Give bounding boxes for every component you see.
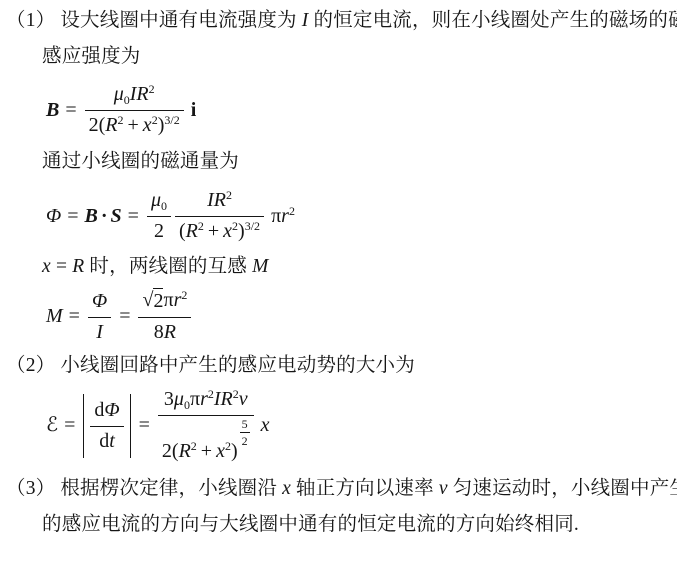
fraction-numerator: dΦ [90, 398, 123, 427]
differential-d: d [94, 399, 104, 421]
var-B: B [46, 98, 59, 123]
equals-sign: = [69, 304, 80, 329]
plus-sign: + [201, 440, 212, 462]
subscript-zero: 0 [124, 93, 130, 107]
paragraph-5-line-1: （3）根据楞次定律，小线圈沿x轴正方向以速率v匀速运动时，小线圈中产生 [6, 476, 677, 502]
pi-symbol: π [271, 205, 281, 227]
equals-sign: = [64, 413, 75, 438]
equals-sign: = [65, 98, 76, 123]
fraction-mu-over-2: μ0 2 [147, 188, 171, 244]
text-run: 设大线圈中通有电流强度为 [60, 10, 296, 31]
var-R: R [72, 256, 84, 277]
var-x: x [143, 114, 152, 136]
fraction-emf-main: 3μ0πr2IR2v 2(R2+x2)52 [158, 387, 254, 464]
plus-sign: + [208, 220, 219, 242]
var-r: r [281, 205, 289, 227]
var-r: r [200, 388, 208, 410]
superscript-two: 2 [208, 387, 214, 401]
superscript-two: 2 [181, 288, 187, 302]
text-run: 时，两线圈的互感 [89, 256, 247, 277]
superscript-two: 2 [232, 219, 238, 233]
formula-mutual-inductance: M = Φ I = √2πr2 8R [46, 288, 677, 345]
formula-flux: Φ = B · S = μ0 2 IR2 (R2+x2)3/2 πr2 [46, 188, 677, 244]
exponent-three-halves: 3/2 [245, 219, 260, 233]
var-x: x [223, 220, 232, 242]
superscript-two: 2 [118, 113, 124, 127]
open-paren: ( [179, 220, 186, 242]
item-marker-3: （3） [6, 478, 55, 499]
superscript-two: 2 [289, 204, 295, 218]
var-mu: μ [114, 83, 124, 105]
equals-sign: = [139, 413, 150, 438]
fraction-denominator: 8R [138, 318, 191, 345]
text-run: 通过小线圈的磁通量为 [42, 151, 239, 172]
subscript-zero: 0 [161, 199, 167, 213]
var-R: R [164, 321, 176, 343]
close-paren: ) [238, 220, 245, 242]
formula-magnetic-field: B = μ0IR2 2(R2+x2)3/2 i [46, 82, 677, 138]
paragraph-2: 通过小线圈的磁通量为 [42, 149, 677, 175]
var-R: R [105, 114, 117, 136]
var-S: S [111, 204, 122, 229]
math-token: 3 [164, 388, 174, 410]
var-IR: IR [130, 83, 149, 105]
math-token: 8 [154, 321, 164, 343]
math-token: 2( [162, 440, 179, 462]
fraction-denominator: dt [90, 427, 123, 454]
var-R: R [186, 220, 198, 242]
subscript-zero: 0 [184, 398, 190, 412]
text-run: 小线圈回路中产生的感应电动势的大小为 [60, 355, 415, 376]
fraction-numerator: √2πr2 [138, 288, 191, 318]
fraction-denominator: I [88, 318, 111, 345]
fraction-numerator: μ0IR2 [85, 82, 184, 111]
var-t: t [109, 430, 115, 452]
superscript-two: 2 [152, 113, 158, 127]
var-current-I: I [302, 10, 309, 31]
fraction-dphi-dt: dΦ dt [90, 398, 123, 454]
close-paren: ) [231, 440, 238, 462]
plus-sign: + [128, 114, 139, 136]
var-M: M [46, 304, 63, 329]
differential-d: d [99, 430, 109, 452]
exponent-five-halves: 52 [240, 418, 250, 447]
pi-r-squared: πr2 [271, 204, 295, 229]
superscript-two: 2 [149, 82, 155, 96]
unit-vector-i: i [191, 98, 197, 123]
var-x: x [42, 256, 51, 277]
dot-product: · [101, 204, 108, 229]
equals-sign: = [119, 304, 130, 329]
var-IR: IR [214, 388, 233, 410]
text-run: 根据楞次定律，小线圈沿 [60, 478, 277, 499]
fraction-numerator: IR2 [175, 188, 264, 217]
fraction-denominator: (R2+x2)3/2 [175, 217, 264, 244]
paragraph-3: x = R 时，两线圈的互感 M [42, 254, 677, 280]
var-phi: Φ [104, 399, 119, 421]
equals-sign: = [128, 204, 139, 229]
fraction-phi-over-i: Φ I [88, 289, 111, 345]
superscript-two: 2 [226, 188, 232, 202]
radical-sign: √ [142, 288, 153, 313]
var-x: x [282, 478, 291, 499]
absolute-value: dΦ dt [83, 394, 130, 458]
var-B: B [85, 204, 98, 229]
equals-sign: = [56, 256, 67, 277]
equals-sign: = [67, 204, 78, 229]
var-v: v [239, 388, 248, 410]
superscript-two: 2 [198, 219, 204, 233]
item-marker-1: （1） [6, 10, 55, 31]
fraction-denominator: 2(R2+x2)3/2 [85, 111, 184, 138]
fraction-numerator: Φ [88, 289, 111, 318]
text-run: 匀速运动时，小线圈中产生 [453, 478, 677, 499]
exponent-three-halves: 3/2 [164, 113, 179, 127]
formula-emf: ℰ = dΦ dt = 3μ0πr2IR2v 2(R2+x2)52 x [46, 387, 677, 464]
paragraph-4: （2）小线圈回路中产生的感应电动势的大小为 [6, 353, 677, 379]
radicand: 2 [153, 288, 163, 314]
var-mu: μ [151, 189, 161, 211]
var-R: R [179, 440, 191, 462]
fraction-ir2: IR2 (R2+x2)3/2 [175, 188, 264, 244]
fraction-numerator: μ0 [147, 188, 171, 217]
text-run: 感应强度为 [42, 46, 141, 67]
superscript-two: 2 [233, 387, 239, 401]
superscript-two: 2 [191, 439, 197, 453]
exponent-numerator: 5 [240, 418, 250, 433]
script-e-symbol: ℰ [46, 413, 58, 438]
pi-symbol: π [190, 388, 200, 410]
text-run: 轴正方向以速率 [296, 478, 434, 499]
fraction-numerator: 3μ0πr2IR2v [158, 387, 254, 416]
pi-symbol: π [163, 289, 173, 311]
fraction-denominator: 2(R2+x2)52 [158, 416, 254, 464]
square-root: √2 [142, 288, 163, 314]
var-M: M [252, 256, 268, 277]
fraction-sqrt2: √2πr2 8R [138, 288, 191, 345]
var-IR: IR [207, 189, 226, 211]
var-phi: Φ [46, 204, 61, 229]
item-marker-2: （2） [6, 355, 55, 376]
text-run: 的恒定电流，则在小线圈处产生的磁场的磁 [313, 10, 677, 31]
var-x: x [216, 440, 225, 462]
exponent-denominator: 2 [240, 433, 250, 447]
var-x: x [261, 413, 270, 438]
fraction-denominator: 2 [147, 217, 171, 244]
document-page: （1）设大线圈中通有电流强度为I的恒定电流，则在小线圈处产生的磁场的磁 感应强度… [0, 0, 677, 561]
math-token: 2( [89, 114, 106, 136]
superscript-two: 2 [225, 439, 231, 453]
var-mu: μ [174, 388, 184, 410]
text-run: 的感应电流的方向与大线圈中通有的恒定电流的方向始终相同. [42, 514, 579, 535]
var-v: v [439, 478, 448, 499]
paragraph-5-line-2: 的感应电流的方向与大线圈中通有的恒定电流的方向始终相同. [42, 512, 677, 538]
paragraph-1-line-1: （1）设大线圈中通有电流强度为I的恒定电流，则在小线圈处产生的磁场的磁 [6, 8, 677, 34]
fraction: μ0IR2 2(R2+x2)3/2 [85, 82, 184, 138]
paragraph-1-line-2: 感应强度为 [42, 44, 677, 70]
